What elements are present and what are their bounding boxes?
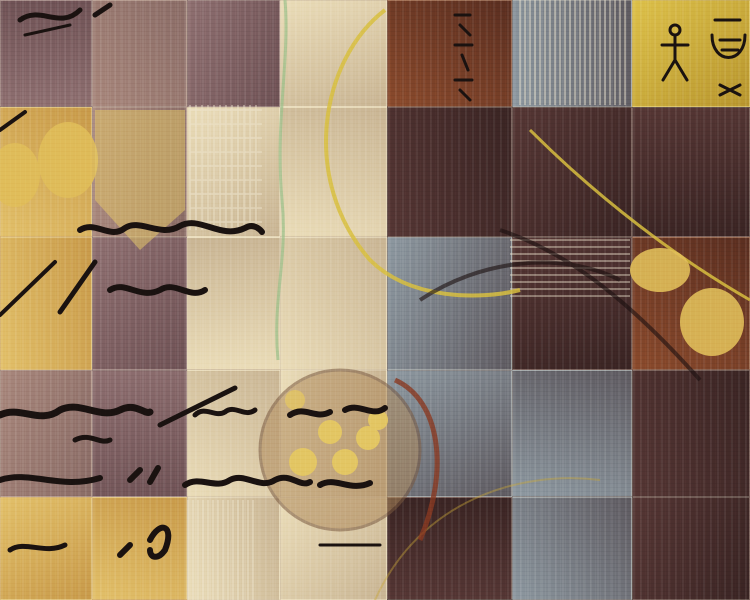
collage-artwork	[0, 0, 750, 600]
hatch-texture	[188, 0, 630, 600]
green-squiggle	[277, 0, 286, 360]
dotted-circle-motif	[260, 370, 420, 530]
collage-marks	[0, 0, 750, 600]
